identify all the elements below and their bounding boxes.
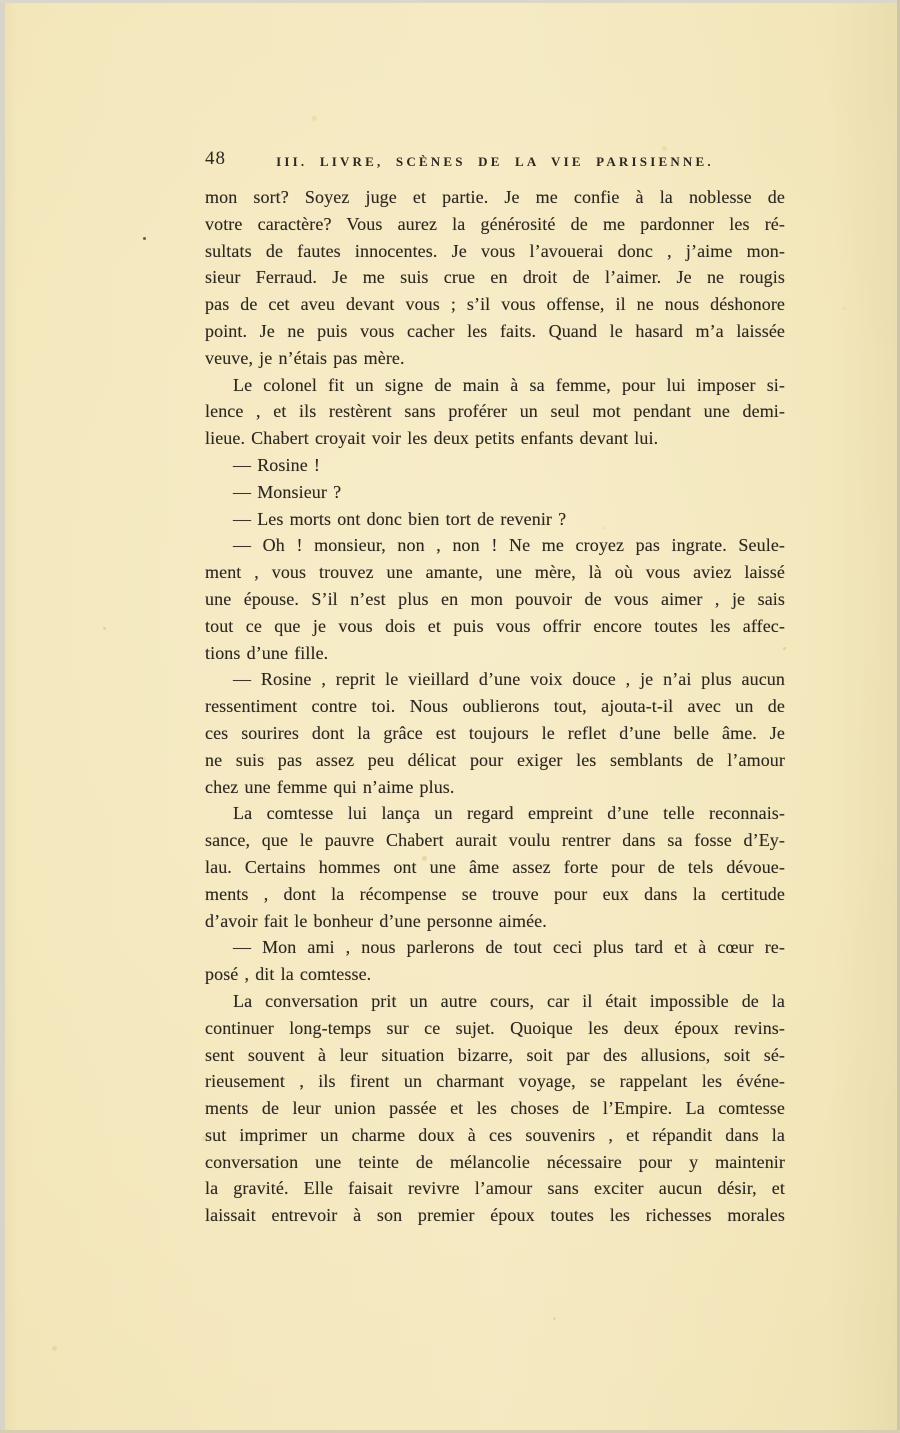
page-number: 48 xyxy=(205,148,226,170)
text-line: sultats de fautes innocentes. Je vous l’… xyxy=(205,238,785,265)
text-line: ressentiment contre toi. Nous oublierons… xyxy=(205,693,785,720)
text-line: lence , et ils restèrent sans proférer u… xyxy=(205,398,785,425)
page-header: 48 III. LIVRE, SCÈNES DE LA VIE PARISIEN… xyxy=(205,151,785,173)
text-line: sieur Ferraud. Je me suis crue en droit … xyxy=(205,264,785,291)
text-line: point. Je ne puis vous cacher les faits.… xyxy=(205,318,785,345)
text-line: d’avoir fait le bonheur d’une personne a… xyxy=(205,908,785,935)
text-line: chez une femme qui n’aime plus. xyxy=(205,774,785,801)
text-line: tions d’une fille. xyxy=(205,640,785,667)
text-line: — Mon ami , nous parlerons de tout ceci … xyxy=(205,934,785,961)
text-line: continuer long-temps sur ce sujet. Quoiq… xyxy=(205,1015,785,1042)
scan-edge-left xyxy=(0,0,5,1433)
text-line: ments , dont la récompense se trouve pou… xyxy=(205,881,785,908)
text-line: laissait entrevoir à son premier époux t… xyxy=(205,1202,785,1229)
scanned-book-page: 48 III. LIVRE, SCÈNES DE LA VIE PARISIEN… xyxy=(0,0,900,1433)
text-line: veuve, je n’étais pas mère. xyxy=(205,345,785,372)
text-line: — Les morts ont donc bien tort de reveni… xyxy=(205,506,785,533)
text-line: une épouse. S’il n’est plus en mon pouvo… xyxy=(205,586,785,613)
body-text: mon sort? Soyez juge et partie. Je me co… xyxy=(205,184,785,1229)
text-line: sent souvent à leur situation bizarre, s… xyxy=(205,1042,785,1069)
scan-edge-top xyxy=(0,0,900,3)
text-line: — Rosine ! xyxy=(205,452,785,479)
text-line: ment , vous trouvez une amante, une mère… xyxy=(205,559,785,586)
text-line: sance, que le pauvre Chabert aurait voul… xyxy=(205,827,785,854)
text-line: pas de cet aveu devant vous ; s’il vous … xyxy=(205,291,785,318)
text-line: lau. Certains hommes ont une âme assez f… xyxy=(205,854,785,881)
text-line: — Oh ! monsieur, non , non ! Ne me croye… xyxy=(205,532,785,559)
text-line: votre caractère? Vous aurez la générosit… xyxy=(205,211,785,238)
text-line: sut imprimer un charme doux à ces souven… xyxy=(205,1122,785,1149)
text-line: ces sourires dont la grâce est toujours … xyxy=(205,720,785,747)
text-line: La conversation prit un autre cours, car… xyxy=(205,988,785,1015)
text-line: — Rosine , reprit le vieillard d’une voi… xyxy=(205,666,785,693)
text-line: Le colonel fit un signe de main à sa fem… xyxy=(205,372,785,399)
text-line: tout ce que je vous dois et puis vous of… xyxy=(205,613,785,640)
text-line: — Monsieur ? xyxy=(205,479,785,506)
text-line: lieue. Chabert croyait voir les deux pet… xyxy=(205,425,785,452)
running-header: III. LIVRE, SCÈNES DE LA VIE PARISIENNE. xyxy=(205,151,785,170)
text-line: La comtesse lui lança un regard empreint… xyxy=(205,800,785,827)
text-line: ne suis pas assez peu délicat pour exige… xyxy=(205,747,785,774)
text-line: mon sort? Soyez juge et partie. Je me co… xyxy=(205,184,785,211)
text-line: ments de leur union passée et les choses… xyxy=(205,1095,785,1122)
text-line: rieusement , ils firent un charmant voya… xyxy=(205,1068,785,1095)
text-line: conversation une teinte de mélancolie né… xyxy=(205,1149,785,1176)
text-line: la gravité. Elle faisait revivre l’amour… xyxy=(205,1175,785,1202)
text-line: posé , dit la comtesse. xyxy=(205,961,785,988)
